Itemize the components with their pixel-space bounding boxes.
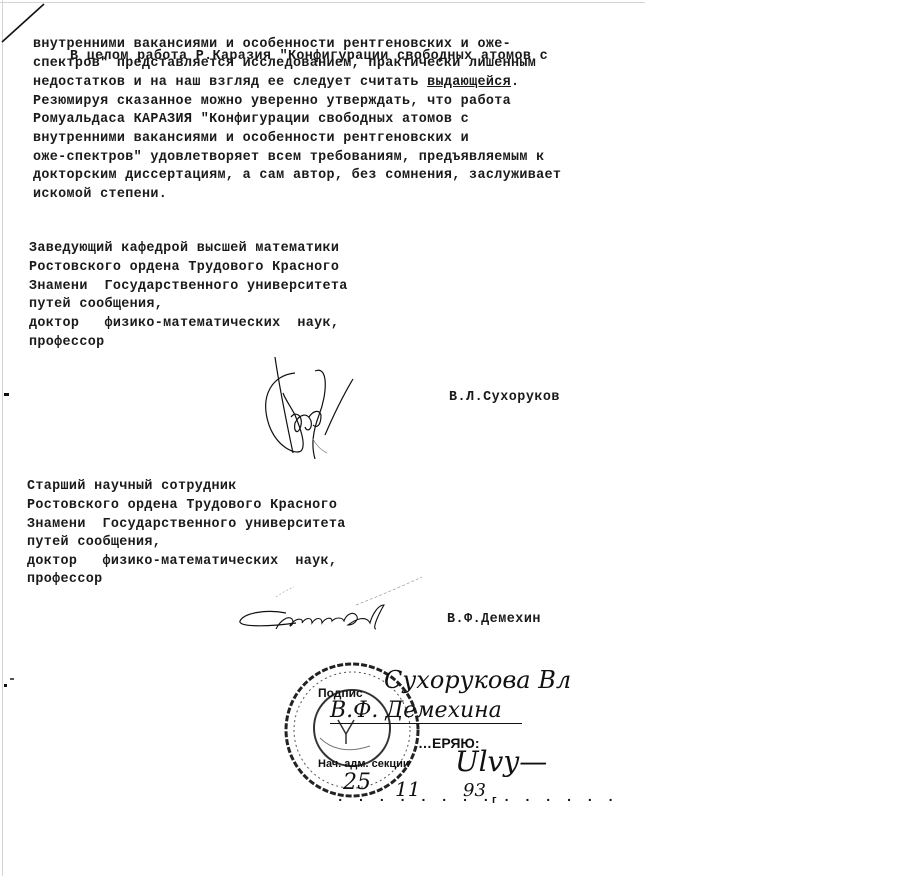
certifier-signature: Ulvy— bbox=[455, 745, 547, 778]
line-text: недостатков и на наш взгляд ее следует с… bbox=[33, 75, 419, 90]
signatory-title-line: Знамени Государственного университета bbox=[27, 517, 346, 533]
signature-2 bbox=[236, 575, 436, 635]
signatory-title-line: профессор bbox=[29, 335, 104, 351]
handwritten-name-2: В.Ф. Демехина bbox=[330, 698, 522, 724]
signatory-2-name: В.Ф.Демехин bbox=[447, 612, 541, 627]
handwritten-name-1: Сухоруковa Вл bbox=[384, 666, 571, 694]
signatory-title-line: Знамени Государственного университета bbox=[29, 279, 348, 295]
emphasized-word: выдающейся bbox=[427, 75, 511, 90]
signatory-title-line: путей сообщения, bbox=[27, 535, 161, 551]
paragraph-line: докторским диссертациям, а сам автор, бе… bbox=[33, 168, 561, 184]
signatory-title-line: доктор физико-математических наук, bbox=[27, 554, 337, 570]
page-edge-left bbox=[2, 0, 3, 876]
scan-speck bbox=[4, 684, 7, 687]
paragraph-line: недостатков и на наш взгляд ее следует с… bbox=[33, 75, 519, 91]
date-suffix: г bbox=[492, 794, 497, 806]
paragraph-line: искомой степени. bbox=[33, 187, 167, 203]
role-label: Нач. адм. секции bbox=[318, 758, 410, 770]
signature-1 bbox=[255, 355, 365, 467]
paragraph-line: спектров" представляется исследованием, … bbox=[33, 56, 536, 72]
signatory-title-line: доктор физико-математических наук, bbox=[29, 316, 339, 332]
paragraph-line: Резюмируя сказанное можно уверенно утвер… bbox=[33, 94, 511, 110]
signatory-title-line: профессор bbox=[27, 572, 102, 588]
scan-speck bbox=[4, 393, 9, 396]
paragraph-line: оже-спектров" удовлетворяет всем требова… bbox=[33, 150, 545, 166]
paragraph-line: внутренними вакансиями и особенности рен… bbox=[33, 37, 511, 53]
signatory-title-line: Старший научный сотрудник bbox=[27, 479, 237, 495]
signatory-title-line: Заведующий кафедрой высшей математики bbox=[29, 241, 339, 257]
signatory-title-line: Ростовского ордена Трудового Красного bbox=[27, 498, 337, 514]
date-dotted-line: . . . . . . . . . . . . . . bbox=[336, 790, 617, 806]
page-edge-top bbox=[0, 2, 645, 3]
signatory-title-line: путей сообщения, bbox=[29, 297, 163, 313]
paragraph-line: внутренними вакансиями и особенности рен… bbox=[33, 131, 469, 147]
document-page: В целом работа Р.Каразия "Конфигурации с… bbox=[0, 0, 907, 876]
scan-speck bbox=[10, 678, 14, 680]
signatory-title-line: Ростовского ордена Трудового Красного bbox=[29, 260, 339, 276]
paragraph-line: Ромуальдаса КАРАЗИЯ "Конфигурации свобод… bbox=[33, 112, 469, 128]
signatory-1-name: В.Л.Сухоруков bbox=[449, 390, 560, 405]
